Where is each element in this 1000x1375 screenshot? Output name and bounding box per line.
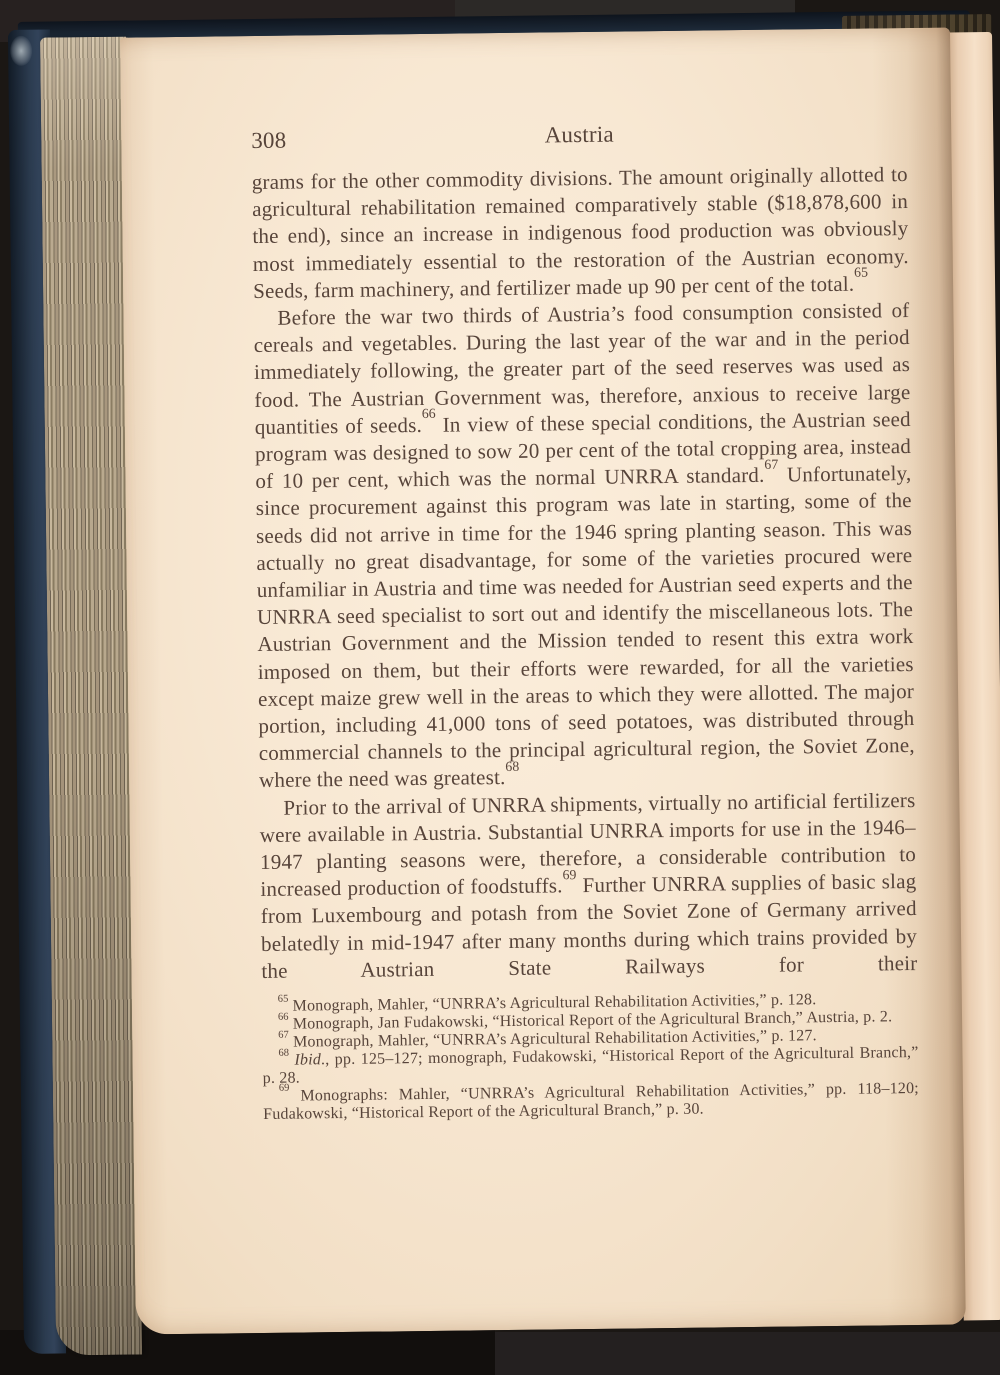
cover-wear-spot (10, 36, 32, 66)
footnote-ref: 68 (278, 1047, 289, 1058)
footnotes: 65 Monograph, Mahler, “UNRRA’s Agricultu… (262, 990, 919, 1123)
open-book: 308 Austria grams for the other commodit… (2, 10, 1000, 1370)
photo-of-book: { "page": { "number": "308", "header_tit… (0, 0, 1000, 1375)
body-text: grams for the other commodity divisions.… (252, 161, 918, 985)
footnote-ref: 69 (279, 1083, 290, 1094)
footnote-ref: 65 (278, 993, 289, 1004)
paragraph: grams for the other commodity divisions.… (252, 161, 910, 305)
footnote-ref: 69 (562, 867, 576, 882)
footnote-ref: 68 (505, 759, 519, 774)
paragraph: Before the war two thirds of Austria’s f… (253, 297, 915, 795)
page-number: 308 (251, 128, 286, 154)
book-page: 308 Austria grams for the other commodit… (120, 28, 966, 1335)
footnote-ref: 65 (854, 265, 868, 280)
page-title: Austria (251, 118, 907, 152)
paragraph: Prior to the arrival of UNRRA shipments,… (259, 787, 917, 985)
italic-text: Ibid (294, 1051, 321, 1068)
footnote-ref: 66 (278, 1011, 289, 1022)
footnote-ref: 67 (764, 456, 778, 471)
running-head: 308 Austria (251, 118, 907, 156)
footnote-ref: 66 (422, 406, 436, 421)
page-content: 308 Austria grams for the other commodit… (251, 118, 919, 1123)
footnote-ref: 67 (278, 1029, 289, 1040)
footnote: 69 Monographs: Mahler, “UNRRA’s Agricult… (263, 1080, 919, 1124)
